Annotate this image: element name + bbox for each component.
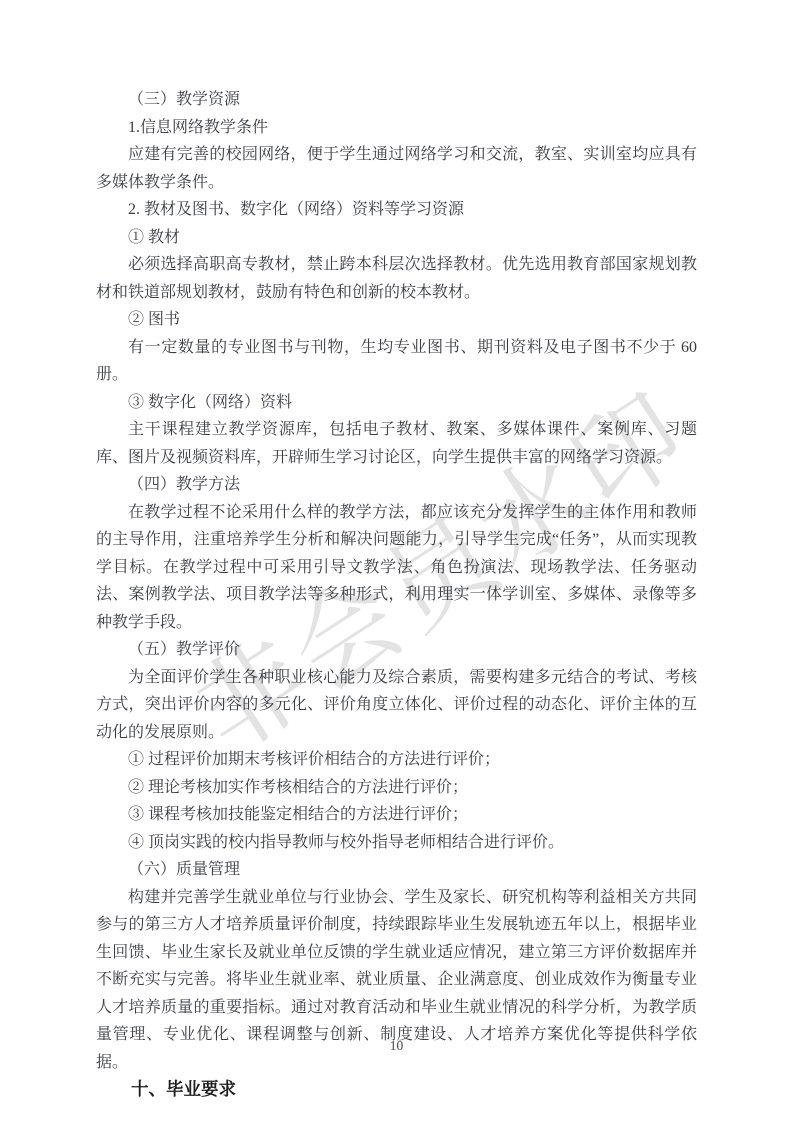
list-item: ① 教材 xyxy=(96,224,697,252)
heading: （六）质量管理 xyxy=(96,856,697,884)
list-item: ① 过程评价加期末考核评价相结合的方法进行评价； xyxy=(96,746,697,774)
paragraph: 有一定数量的专业图书与刊物，生均专业图书、期刊资料及电子图书不少于 60 册。 xyxy=(96,334,697,389)
paragraph: 必须选择高职高专教材，禁止跨本科层次选择教材。优先选用教育部国家规划教材和铁道部… xyxy=(96,251,697,306)
list-item: ② 图书 xyxy=(96,306,697,334)
subheading: 2. 教材及图书、数字化（网络）资料等学习资源 xyxy=(96,196,697,224)
subheading: 1.信息网络教学条件 xyxy=(96,114,697,142)
heading: （五）教学评价 xyxy=(96,636,697,664)
document-body: （三）教学资源1.信息网络教学条件应建有完善的校园网络，便于学生通过网络学习和交… xyxy=(96,86,697,1104)
list-item: ③ 课程考核加技能鉴定相结合的方法进行评价； xyxy=(96,801,697,829)
list-item: ④ 顶岗实践的校内指导教师与校外指导老师相结合进行评价。 xyxy=(96,829,697,857)
paragraph: 应建有完善的校园网络，便于学生通过网络学习和交流，教室、实训室均应具有多媒体教学… xyxy=(96,141,697,196)
page-number: 10 xyxy=(0,1038,793,1054)
list-item: ② 理论考核加实作考核相结合的方法进行评价； xyxy=(96,774,697,802)
document-page: 非会员水印 （三）教学资源1.信息网络教学条件应建有完善的校园网络，便于学生通过… xyxy=(0,0,793,1122)
paragraph: 主干课程建立教学资源库，包括电子教材、教案、多媒体课件、案例库、习题库、图片及视… xyxy=(96,416,697,471)
section-heading-bold: 十、毕业要求 xyxy=(96,1076,697,1104)
heading: （四）教学方法 xyxy=(96,471,697,499)
paragraph: 为全面评价学生各种职业核心能力及综合素质，需要构建多元结合的考试、考核方式，突出… xyxy=(96,664,697,747)
paragraph: 在教学过程不论采用什么样的教学方法，都应该充分发挥学生的主体作用和教师的主导作用… xyxy=(96,499,697,637)
list-item: ③ 数字化（网络）资料 xyxy=(96,389,697,417)
heading: （三）教学资源 xyxy=(96,86,697,114)
